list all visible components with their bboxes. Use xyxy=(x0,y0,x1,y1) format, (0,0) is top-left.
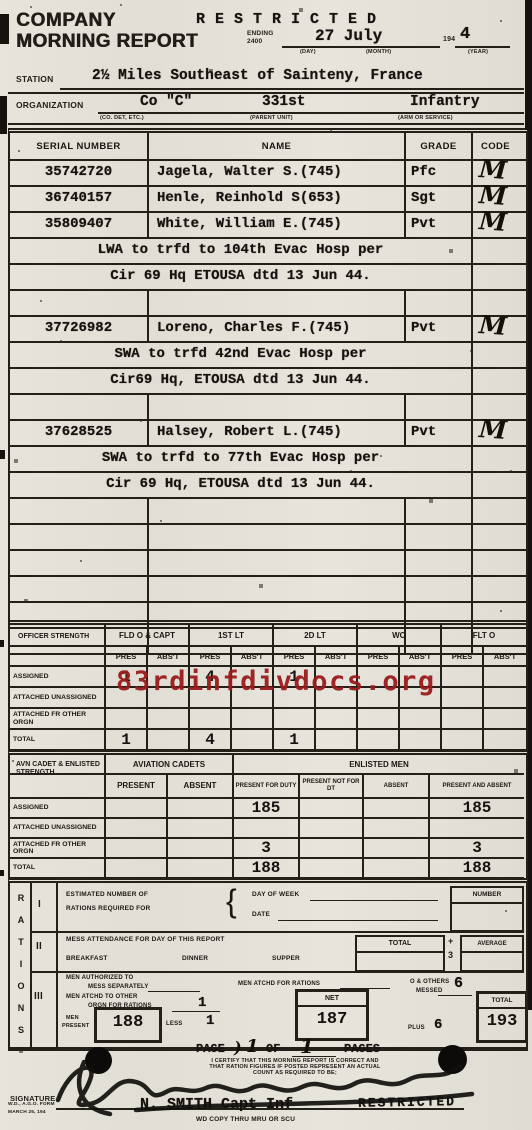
roster-name xyxy=(149,551,406,575)
roster-code-handwritten: M xyxy=(478,316,507,336)
roster-grade: Pvt xyxy=(406,421,473,445)
roster-note: SWA to trfd 42nd Evac Hosp per xyxy=(10,343,473,367)
enlisted-row-label: TOTAL xyxy=(10,859,106,879)
officer-strength-value: 1 xyxy=(106,730,148,751)
officer-strength-value xyxy=(316,709,358,730)
roster-code-cell xyxy=(473,265,518,289)
officer-group-header: FLD O & CAPT xyxy=(106,625,190,647)
others-label-a: O & OTHERS xyxy=(410,979,449,985)
table-row xyxy=(10,291,526,317)
roster-code-cell xyxy=(473,447,518,471)
roster-name xyxy=(149,395,406,419)
enlisted-strength-value xyxy=(364,819,430,839)
officer-strength-value xyxy=(190,709,232,730)
officer-subheader: ABS'T xyxy=(400,647,442,667)
officer-subheader-row: PRESABS'TPRESABS'TPRESABS'TPRESABS'TPRES… xyxy=(10,647,526,667)
others-value: 6 xyxy=(454,975,463,992)
enlisted-column-header: PRESENT FOR DUTY xyxy=(234,775,300,799)
roster-code-cell xyxy=(473,525,518,549)
officer-row-label: TOTAL xyxy=(10,730,106,751)
enlisted-row-label: ATTACHED FR OTHER ORGN xyxy=(10,839,106,859)
roster-header-grade: GRADE xyxy=(406,133,473,159)
roster-name: White, William E.(745) xyxy=(149,213,406,237)
plus-value: 6 xyxy=(434,1017,442,1033)
roster-code-cell: M xyxy=(473,213,518,237)
enlisted-column-header: ABSENT xyxy=(364,775,430,799)
day-of-week-label: DAY OF WEEK xyxy=(252,891,299,898)
roster-code-cell: M xyxy=(473,421,518,445)
enlisted-column-header: ABSENT xyxy=(168,775,234,799)
meal-supper: SUPPER xyxy=(272,955,300,962)
enlisted-row-label: ATTACHED UNASSIGNED xyxy=(10,819,106,839)
scan-blob-left xyxy=(0,96,7,134)
officer-strength-value xyxy=(316,730,358,751)
roster-code-cell xyxy=(473,551,518,575)
officer-row-label: ATTACHED UNASSIGNED xyxy=(10,688,106,709)
mess-separately-label: MESS SEPARATELY xyxy=(88,984,149,990)
officer-strength-row: TOTAL141 xyxy=(10,730,526,751)
morning-report-scan: COMPANY MORNING REPORT RESTRICTED ENDING… xyxy=(0,0,532,1130)
enlisted-strength-corner-label: AVN CADET & ENLISTED STRENGTH xyxy=(16,761,102,778)
rations-section: RATIONS I II III ESTIMATED NUMBER OF RAT… xyxy=(8,878,528,1051)
roster-grade xyxy=(406,291,473,315)
officer-subheader: PRES xyxy=(190,647,232,667)
enlisted-strength-value xyxy=(168,799,234,819)
roster-code-cell xyxy=(473,239,518,263)
roster-code-cell xyxy=(473,499,518,523)
enlisted-strength-row: ATTACHED UNASSIGNED xyxy=(10,819,526,839)
officer-subheader: PRES xyxy=(442,647,484,667)
roster-note: Cir69 Hq, ETOUSA dtd 13 Jun 44. xyxy=(10,369,473,393)
officer-strength-value xyxy=(484,667,526,688)
officer-row-label: ATTACHED FR OTHER ORGN xyxy=(10,709,106,730)
officer-strength-value xyxy=(358,730,400,751)
enlisted-strength-value xyxy=(168,819,234,839)
officer-subheader: ABS'T xyxy=(148,647,190,667)
officer-row-label: ASSIGNED xyxy=(10,667,106,688)
watermark-text: 83rdinfdivdocs.org xyxy=(116,666,436,697)
table-row: 36740157Henle, Reinhold S(653)SgtM xyxy=(10,187,526,213)
officer-strength-value xyxy=(274,709,316,730)
officer-strength-value xyxy=(232,709,274,730)
officer-strength-value xyxy=(358,709,400,730)
enlisted-strength-value: 3 xyxy=(234,839,300,859)
enlisted-subheader-row: PRESENTABSENTPRESENT FOR DUTYPRESENT NOT… xyxy=(10,775,526,799)
year-prefix: 194 xyxy=(443,36,455,43)
rations-row2-num: II xyxy=(36,941,42,952)
roster-name xyxy=(149,499,406,523)
rations-side-letter: A xyxy=(14,909,28,931)
roster-name xyxy=(149,291,406,315)
enlisted-strength-value xyxy=(364,859,430,879)
mess-average-label: AVERAGE xyxy=(462,937,522,953)
table-row: 35809407White, William E.(745)PvtM xyxy=(10,213,526,239)
divide-three: 3 xyxy=(448,950,453,960)
men-atchd-other-label: MEN ATCHD TO OTHER xyxy=(66,994,138,1000)
form-title-line1: COMPANY xyxy=(16,10,116,32)
rations-side-letter: I xyxy=(14,953,28,975)
atchd-other-value: 1 xyxy=(198,995,206,1011)
mess-attendance-label: MESS ATTENDANCE FOR DAY OF THIS REPORT xyxy=(66,936,225,943)
less-value: 1 xyxy=(206,1013,214,1029)
roster-name: Halsey, Robert L.(745) xyxy=(149,421,406,445)
roster-serial xyxy=(10,499,149,523)
scan-edge-right-top xyxy=(525,0,532,130)
unit-sublabel: (CO. DET, ETC.) xyxy=(100,115,144,121)
roster-grade xyxy=(406,395,473,419)
officer-strength-value xyxy=(400,730,442,751)
station-label: STATION xyxy=(16,74,53,84)
officer-strength-value xyxy=(442,667,484,688)
officer-corner-spacer xyxy=(10,647,106,667)
roster-table: SERIAL NUMBER NAME GRADE CODE 35742720Ja… xyxy=(8,128,528,655)
net-value: 187 xyxy=(298,1007,366,1033)
parent-unit-sublabel: (PARENT UNIT) xyxy=(250,115,293,121)
roster-code-handwritten: M xyxy=(478,212,507,232)
enlisted-strength-value xyxy=(300,799,364,819)
enlisted-column-header: PRESENT AND ABSENT xyxy=(430,775,524,799)
table-row: 35742720Jagela, Walter S.(745)PfcM xyxy=(10,161,526,187)
table-row: Cir 69 Hq ETOUSA dtd 13 Jun 44. xyxy=(10,265,526,291)
enlisted-strength-value xyxy=(168,859,234,879)
organization-unit: Co "C" xyxy=(140,94,192,110)
roster-body: 35742720Jagela, Walter S.(745)PfcM367401… xyxy=(10,161,526,655)
enlisted-men-header: ENLISTED MEN xyxy=(234,755,524,775)
ending-label: ENDING xyxy=(247,30,273,37)
roster-note: LWA to trfd to 104th Evac Hosp per xyxy=(10,239,473,263)
enlisted-strength-value xyxy=(168,839,234,859)
rations-side-letter: R xyxy=(14,887,28,909)
officer-strength-value xyxy=(400,709,442,730)
roster-serial: 36740157 xyxy=(10,187,149,211)
officer-subheader: ABS'T xyxy=(232,647,274,667)
rations-est-label1: ESTIMATED NUMBER OF xyxy=(66,891,148,898)
brace-glyph: { xyxy=(226,883,237,920)
table-row xyxy=(10,551,526,577)
table-row: SWA to trfd to 77th Evac Hosp per xyxy=(10,447,526,473)
paper-speckles xyxy=(0,0,2,2)
divide-sign: + xyxy=(448,936,453,946)
others-label-b: MESSED xyxy=(416,988,443,994)
enlisted-strength-value xyxy=(106,799,168,819)
rations-row3-num: III xyxy=(34,991,43,1002)
rations-side-letter: T xyxy=(14,931,28,953)
roster-grade: Pvt xyxy=(406,213,473,237)
scan-dot-left3 xyxy=(0,870,4,876)
mess-total-label: TOTAL xyxy=(357,937,443,953)
aviation-cadets-header: AVIATION CADETS xyxy=(106,755,234,775)
enlisted-row-label: ASSIGNED xyxy=(10,799,106,819)
officer-group-header: FLT O xyxy=(442,625,526,647)
rations-side-label: RATIONS xyxy=(14,887,28,1041)
enlisted-strength-value xyxy=(106,839,168,859)
roster-grade xyxy=(406,551,473,575)
meal-breakfast: BREAKFAST xyxy=(66,955,108,962)
enlisted-strength-value: 188 xyxy=(234,859,300,879)
roster-grade: Sgt xyxy=(406,187,473,211)
men-label: MEN xyxy=(66,1015,79,1021)
roster-code-cell xyxy=(473,343,518,367)
table-row: 37726982Loreno, Charles F.(745)PvtM xyxy=(10,317,526,343)
rations-row1-num: I xyxy=(38,899,41,910)
year-sublabel: (YEAR) xyxy=(468,49,488,55)
officer-strength-value xyxy=(106,709,148,730)
enlisted-strength-value: 185 xyxy=(234,799,300,819)
enlisted-strength-value xyxy=(106,859,168,879)
enlisted-strength-value xyxy=(300,859,364,879)
number-box: NUMBER xyxy=(450,886,524,932)
meal-dinner: DINNER xyxy=(182,955,208,962)
officer-subheader: PRES xyxy=(106,647,148,667)
enlisted-column-header: PRESENT NOT FOR DT xyxy=(300,775,364,799)
roster-header-row: SERIAL NUMBER NAME GRADE CODE xyxy=(10,133,526,161)
officer-subheader: PRES xyxy=(358,647,400,667)
enlisted-strength-value xyxy=(234,819,300,839)
table-row xyxy=(10,395,526,421)
enlisted-strength-value xyxy=(106,819,168,839)
ending-time: 2400 xyxy=(247,38,262,45)
plus-label: PLUS xyxy=(408,1025,425,1031)
enlisted-strength-value xyxy=(364,799,430,819)
number-box-label: NUMBER xyxy=(452,888,522,904)
officer-subheader: ABS'T xyxy=(484,647,526,667)
officer-group-header: 2D LT xyxy=(274,625,358,647)
officer-strength-value xyxy=(484,730,526,751)
officer-group-header: 1ST LT xyxy=(190,625,274,647)
roster-grade xyxy=(406,525,473,549)
roster-code-cell xyxy=(473,473,518,497)
officer-strength-value xyxy=(232,730,274,751)
roster-code-cell xyxy=(473,369,518,393)
scan-edge-right xyxy=(528,0,532,1010)
enlisted-strength-value: 185 xyxy=(430,799,524,819)
organization-label: ORGANIZATION xyxy=(16,100,83,110)
day-sublabel: (DAY) xyxy=(300,49,316,55)
roster-serial: 37726982 xyxy=(10,317,149,341)
roster-name: Henle, Reinhold S(653) xyxy=(149,187,406,211)
table-row xyxy=(10,577,526,603)
roster-serial xyxy=(10,551,149,575)
officer-group-header: WO xyxy=(358,625,442,647)
enlisted-strength-row: ATTACHED FR OTHER ORGN33 xyxy=(10,839,526,859)
enlisted-strength-row: ASSIGNED185185 xyxy=(10,799,526,819)
roster-note: Cir 69 Hq, ETOUSA dtd 13 Jun 44. xyxy=(10,473,473,497)
roster-serial: 35809407 xyxy=(10,213,149,237)
roster-grade xyxy=(406,577,473,601)
officer-strength-value xyxy=(484,709,526,730)
present-label: PRESENT xyxy=(62,1023,89,1029)
roster-note: Cir 69 Hq ETOUSA dtd 13 Jun 44. xyxy=(10,265,473,289)
less-label: LESS xyxy=(166,1021,182,1027)
roster-header-serial: SERIAL NUMBER xyxy=(10,133,149,159)
roster-serial xyxy=(10,525,149,549)
officer-strength-value: 4 xyxy=(190,730,232,751)
enlisted-strength-value: 3 xyxy=(430,839,524,859)
roster-grade: Pvt xyxy=(406,317,473,341)
roster-code-cell xyxy=(473,577,518,601)
report-date: 27 July xyxy=(315,27,382,45)
roster-code-handwritten: M xyxy=(478,186,507,206)
enlisted-strength-value xyxy=(430,819,524,839)
officer-subheader: PRES xyxy=(274,647,316,667)
form-title-line2: MORNING REPORT xyxy=(16,31,198,53)
year-digit: 4 xyxy=(460,25,470,44)
rations-est-label2: RATIONS REQUIRED FOR xyxy=(66,905,150,912)
roster-code-handwritten: M xyxy=(478,420,507,440)
roster-serial: 35742720 xyxy=(10,161,149,185)
officer-strength-value xyxy=(442,688,484,709)
rations-side-letter: O xyxy=(14,975,28,997)
roster-code-cell: M xyxy=(473,317,518,341)
roster-name xyxy=(149,577,406,601)
month-sublabel: (MONTH) xyxy=(366,49,391,55)
table-row xyxy=(10,525,526,551)
officer-strength-corner-label: OFFICER STRENGTH xyxy=(18,633,102,641)
roster-code-handwritten: M xyxy=(478,160,507,180)
roster-serial xyxy=(10,395,149,419)
enlisted-strength-table: AVN CADET & ENLISTED STRENGTH AVIATION C… xyxy=(8,750,528,879)
scan-dot-left2 xyxy=(0,640,4,647)
table-row xyxy=(10,499,526,525)
enlisted-strength-value xyxy=(300,839,364,859)
table-row: LWA to trfd to 104th Evac Hosp per xyxy=(10,239,526,265)
date-label: DATE xyxy=(252,911,270,918)
rations-total-label: TOTAL xyxy=(479,994,525,1009)
table-row: Cir 69 Hq, ETOUSA dtd 13 Jun 44. xyxy=(10,473,526,499)
organization-arm-service: Infantry xyxy=(410,94,480,110)
enlisted-strength-value: 188 xyxy=(430,859,524,879)
rations-side-letter: N xyxy=(14,997,28,1019)
roster-note: SWA to trfd to 77th Evac Hosp per xyxy=(10,447,473,471)
men-present-box: 188 xyxy=(94,1007,162,1043)
roster-grade xyxy=(406,499,473,523)
officer-strength-value xyxy=(484,688,526,709)
table-row: SWA to trfd 42nd Evac Hosp per xyxy=(10,343,526,369)
roster-serial xyxy=(10,291,149,315)
men-authorized-label: MEN AUTHORIZED TO xyxy=(66,975,133,981)
roster-name: Jagela, Walter S.(745) xyxy=(149,161,406,185)
roster-serial: 37628525 xyxy=(10,421,149,445)
enlisted-corner-spacer xyxy=(10,775,106,799)
organization-parent-unit: 331st xyxy=(262,94,306,110)
roster-grade: Pfc xyxy=(406,161,473,185)
net-label: NET xyxy=(298,992,366,1007)
officer-strength-value xyxy=(442,709,484,730)
officer-strength-value xyxy=(442,730,484,751)
roster-name: Loreno, Charles F.(745) xyxy=(149,317,406,341)
arm-service-sublabel: (ARM OR SERVICE) xyxy=(398,115,453,121)
scan-blob-topleft xyxy=(0,14,9,44)
rations-total-box: TOTAL 193 xyxy=(476,991,528,1043)
roster-header-name: NAME xyxy=(149,133,406,159)
enlisted-strength-value xyxy=(364,839,430,859)
men-present-value: 188 xyxy=(97,1010,159,1035)
officer-strength-value xyxy=(148,709,190,730)
rations-total-value: 193 xyxy=(479,1009,525,1035)
handwritten-signature xyxy=(40,1054,480,1118)
officer-strength-row: ATTACHED FR OTHER ORGN xyxy=(10,709,526,730)
roster-serial xyxy=(10,577,149,601)
table-row: 37628525Halsey, Robert L.(745)PvtM xyxy=(10,421,526,447)
enlisted-strength-value xyxy=(300,819,364,839)
scan-dot-left1 xyxy=(0,450,5,459)
mess-total-box: TOTAL xyxy=(355,935,445,972)
men-atchd-rations-label: MEN ATCHD FOR RATIONS xyxy=(238,981,320,987)
roster-name xyxy=(149,525,406,549)
officer-strength-value: 1 xyxy=(274,730,316,751)
enlisted-strength-row: TOTAL188188 xyxy=(10,859,526,879)
officer-subheader: ABS'T xyxy=(316,647,358,667)
table-row: Cir69 Hq, ETOUSA dtd 13 Jun 44. xyxy=(10,369,526,395)
mess-average-box: AVERAGE xyxy=(460,935,524,972)
officer-strength-value xyxy=(148,730,190,751)
rations-side-letter: S xyxy=(14,1019,28,1041)
enlisted-column-header: PRESENT xyxy=(106,775,168,799)
classification-stamp-top: RESTRICTED xyxy=(196,11,386,28)
station-value: 2½ Miles Southeast of Sainteny, France xyxy=(92,68,423,84)
